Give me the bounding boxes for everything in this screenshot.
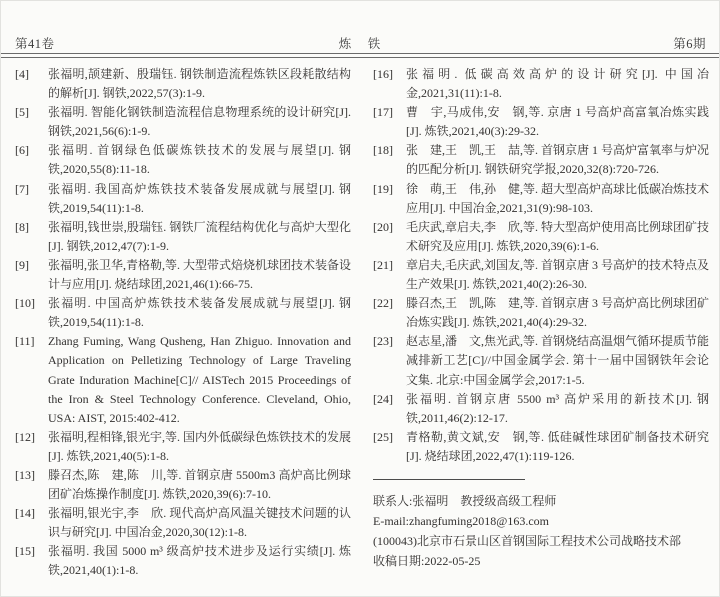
reference-text: 张福明. 我国 5000 m³ 级高炉技术进步及运行实绩[J]. 炼铁,2021… xyxy=(48,544,351,577)
reference-item: [4]张福明,颉建新、殷瑞钰. 钢铁制造流程炼铁区段耗散结构的解析[J]. 钢铁… xyxy=(15,65,351,103)
reference-number: [20] xyxy=(373,218,393,237)
reference-text: 曹 宇,马成伟,安 钢,等. 京唐 1 号高炉高富氧冶炼实践[J]. 炼铁,20… xyxy=(406,105,709,138)
reference-number: [18] xyxy=(373,141,393,160)
reference-number: [24] xyxy=(373,390,393,409)
reference-number: [11] xyxy=(15,332,35,351)
reference-text: 张福明. 智能化钢铁制造流程信息物理系统的设计研究[J]. 钢铁,2021,56… xyxy=(48,105,351,138)
reference-list-right: [16]张福明. 低碳高效高炉的设计研究[J]. 中国冶金,2021,31(11… xyxy=(373,65,709,466)
reference-text: 张福明. 我国高炉炼铁技术装备发展成就与展望[J]. 钢铁,2019,54(11… xyxy=(48,182,351,215)
reference-text: 赵志星,潘 文,焦光武,等. 首钢烧结高温烟气循环提质节能减排新工艺[C]//中… xyxy=(406,334,709,386)
reference-text: 张福明. 首钢京唐 5500 m³ 高炉采用的新技术[J]. 钢铁,2011,4… xyxy=(406,392,709,425)
footnote-divider xyxy=(373,479,525,480)
volume-label: 第41卷 xyxy=(15,34,55,52)
reference-text: 青格勒,黄文斌,安 钢,等. 低硅碱性球团矿制备技术研究[J]. 烧结球团,20… xyxy=(406,430,709,463)
page-header: 第41卷 炼 铁 第6期 xyxy=(15,34,706,50)
reference-number: [15] xyxy=(15,542,35,561)
reference-item: [22]滕召杰,王 凯,陈 建,等. 首钢京唐 3 号高炉高比例球团矿冶炼实践[… xyxy=(373,294,709,332)
reference-number: [4] xyxy=(15,65,29,84)
reference-text: Zhang Fuming, Wang Qusheng, Han Zhiguo. … xyxy=(48,334,351,424)
references-column-left: [4]张福明,颉建新、殷瑞钰. 钢铁制造流程炼铁区段耗散结构的解析[J]. 钢铁… xyxy=(15,65,351,596)
journal-page: 第41卷 炼 铁 第6期 [4]张福明,颉建新、殷瑞钰. 钢铁制造流程炼铁区段耗… xyxy=(0,0,720,597)
reference-number: [25] xyxy=(373,428,393,447)
reference-text: 张福明,钱世崇,殷瑞钰. 钢铁厂流程结构优化与高炉大型化[J]. 钢铁,2012… xyxy=(48,220,351,253)
reference-item: [20]毛庆武,章启夫,李 欣,等. 特大型高炉使用高比例球团矿技术研究及应用[… xyxy=(373,218,709,256)
reference-number: [17] xyxy=(373,103,393,122)
reference-number: [19] xyxy=(373,180,393,199)
reference-text: 张福明,程相锋,银光宇,等. 国内外低碳绿色炼铁技术的发展[J]. 炼铁,202… xyxy=(48,430,351,463)
reference-item: [19]徐 萌,王 伟,孙 健,等. 超大型高炉高球比低碳冶炼技术应用[J]. … xyxy=(373,180,709,218)
reference-item: [12]张福明,程相锋,银光宇,等. 国内外低碳绿色炼铁技术的发展[J]. 炼铁… xyxy=(15,428,351,466)
reference-item: [17]曹 宇,马成伟,安 钢,等. 京唐 1 号高炉高富氧冶炼实践[J]. 炼… xyxy=(373,103,709,141)
reference-item: [11]Zhang Fuming, Wang Qusheng, Han Zhig… xyxy=(15,332,351,427)
reference-item: [25]青格勒,黄文斌,安 钢,等. 低硅碱性球团矿制备技术研究[J]. 烧结球… xyxy=(373,428,709,466)
reference-item: [7]张福明. 我国高炉炼铁技术装备发展成就与展望[J]. 钢铁,2019,54… xyxy=(15,180,351,218)
reference-number: [14] xyxy=(15,504,35,523)
address-line: (100043)北京市石景山区首钢国际工程技术公司战略技术部 xyxy=(373,531,709,551)
contact-person-line: 联系人:张福明 教授级高级工程师 xyxy=(373,491,709,511)
reference-text: 张福明. 低碳高效高炉的设计研究[J]. 中国冶金,2021,31(11):1-… xyxy=(406,67,709,100)
reference-text: 滕召杰,王 凯,陈 建,等. 首钢京唐 3 号高炉高比例球团矿冶炼实践[J]. … xyxy=(406,296,709,329)
reference-number: [21] xyxy=(373,256,393,275)
reference-text: 章启夫,毛庆武,刘国友,等. 首钢京唐 3 号高炉的技术特点及生产效果[J]. … xyxy=(406,258,709,291)
reference-text: 张福明,银光宇,李 欣. 现代高炉高风温关键技术问题的认识与研究[J]. 中国冶… xyxy=(48,506,351,539)
reference-number: [13] xyxy=(15,466,35,485)
reference-item: [5]张福明. 智能化钢铁制造流程信息物理系统的设计研究[J]. 钢铁,2021… xyxy=(15,103,351,141)
journal-title: 炼 铁 xyxy=(339,34,383,52)
reference-number: [23] xyxy=(373,332,393,351)
reference-text: 毛庆武,章启夫,李 欣,等. 特大型高炉使用高比例球团矿技术研究及应用[J]. … xyxy=(406,220,709,253)
reference-text: 张福明,颉建新、殷瑞钰. 钢铁制造流程炼铁区段耗散结构的解析[J]. 钢铁,20… xyxy=(48,67,351,100)
reference-item: [8]张福明,钱世崇,殷瑞钰. 钢铁厂流程结构优化与高炉大型化[J]. 钢铁,2… xyxy=(15,218,351,256)
reference-number: [9] xyxy=(15,256,29,275)
reference-item: [13]滕召杰,陈 建,陈 川,等. 首钢京唐 5500m3 高炉高比例球团矿冶… xyxy=(15,466,351,504)
header-divider xyxy=(1,53,719,58)
reference-item: [15]张福明. 我国 5000 m³ 级高炉技术进步及运行实绩[J]. 炼铁,… xyxy=(15,542,351,580)
reference-item: [18]张 建,王 凯,王 喆,等. 首钢京唐 1 号高炉富氧率与炉况的匹配分析… xyxy=(373,141,709,179)
reference-text: 徐 萌,王 伟,孙 健,等. 超大型高炉高球比低碳冶炼技术应用[J]. 中国冶金… xyxy=(406,182,709,215)
reference-number: [7] xyxy=(15,180,29,199)
reference-item: [16]张福明. 低碳高效高炉的设计研究[J]. 中国冶金,2021,31(11… xyxy=(373,65,709,103)
reference-text: 张福明. 首钢绿色低碳炼铁技术的发展与展望[J]. 钢铁,2020,55(8):… xyxy=(48,143,351,176)
reference-number: [6] xyxy=(15,141,29,160)
author-footnote: 联系人:张福明 教授级高级工程师 E-mail:zhangfuming2018@… xyxy=(373,479,709,571)
reference-item: [6]张福明. 首钢绿色低碳炼铁技术的发展与展望[J]. 钢铁,2020,55(… xyxy=(15,141,351,179)
email-line: E-mail:zhangfuming2018@163.com xyxy=(373,511,709,531)
reference-item: [9]张福明,张卫华,青格勒,等. 大型带式焙烧机球团技术装备设计与应用[J].… xyxy=(15,256,351,294)
reference-number: [8] xyxy=(15,218,29,237)
reference-text: 张福明,张卫华,青格勒,等. 大型带式焙烧机球团技术装备设计与应用[J]. 烧结… xyxy=(48,258,351,291)
reference-number: [10] xyxy=(15,294,35,313)
reference-item: [21]章启夫,毛庆武,刘国友,等. 首钢京唐 3 号高炉的技术特点及生产效果[… xyxy=(373,256,709,294)
reference-list-left: [4]张福明,颉建新、殷瑞钰. 钢铁制造流程炼铁区段耗散结构的解析[J]. 钢铁… xyxy=(15,65,351,581)
reference-text: 张福明. 中国高炉炼铁技术装备发展成就与展望[J]. 钢铁,2019,54(11… xyxy=(48,296,351,329)
reference-number: [22] xyxy=(373,294,393,313)
references-column-right: [16]张福明. 低碳高效高炉的设计研究[J]. 中国冶金,2021,31(11… xyxy=(373,65,709,596)
received-date-line: 收稿日期:2022-05-25 xyxy=(373,551,709,571)
reference-text: 张 建,王 凯,王 喆,等. 首钢京唐 1 号高炉富氧率与炉况的匹配分析[J].… xyxy=(406,143,709,176)
references-section: [4]张福明,颉建新、殷瑞钰. 钢铁制造流程炼铁区段耗散结构的解析[J]. 钢铁… xyxy=(15,65,709,596)
issue-label: 第6期 xyxy=(673,34,706,52)
reference-number: [16] xyxy=(373,65,393,84)
reference-item: [23]赵志星,潘 文,焦光武,等. 首钢烧结高温烟气循环提质节能减排新工艺[C… xyxy=(373,332,709,389)
reference-number: [5] xyxy=(15,103,29,122)
reference-item: [10]张福明. 中国高炉炼铁技术装备发展成就与展望[J]. 钢铁,2019,5… xyxy=(15,294,351,332)
reference-number: [12] xyxy=(15,428,35,447)
reference-item: [24]张福明. 首钢京唐 5500 m³ 高炉采用的新技术[J]. 钢铁,20… xyxy=(373,390,709,428)
reference-text: 滕召杰,陈 建,陈 川,等. 首钢京唐 5500m3 高炉高比例球团矿冶炼操作制… xyxy=(48,468,351,501)
reference-item: [14]张福明,银光宇,李 欣. 现代高炉高风温关键技术问题的认识与研究[J].… xyxy=(15,504,351,542)
